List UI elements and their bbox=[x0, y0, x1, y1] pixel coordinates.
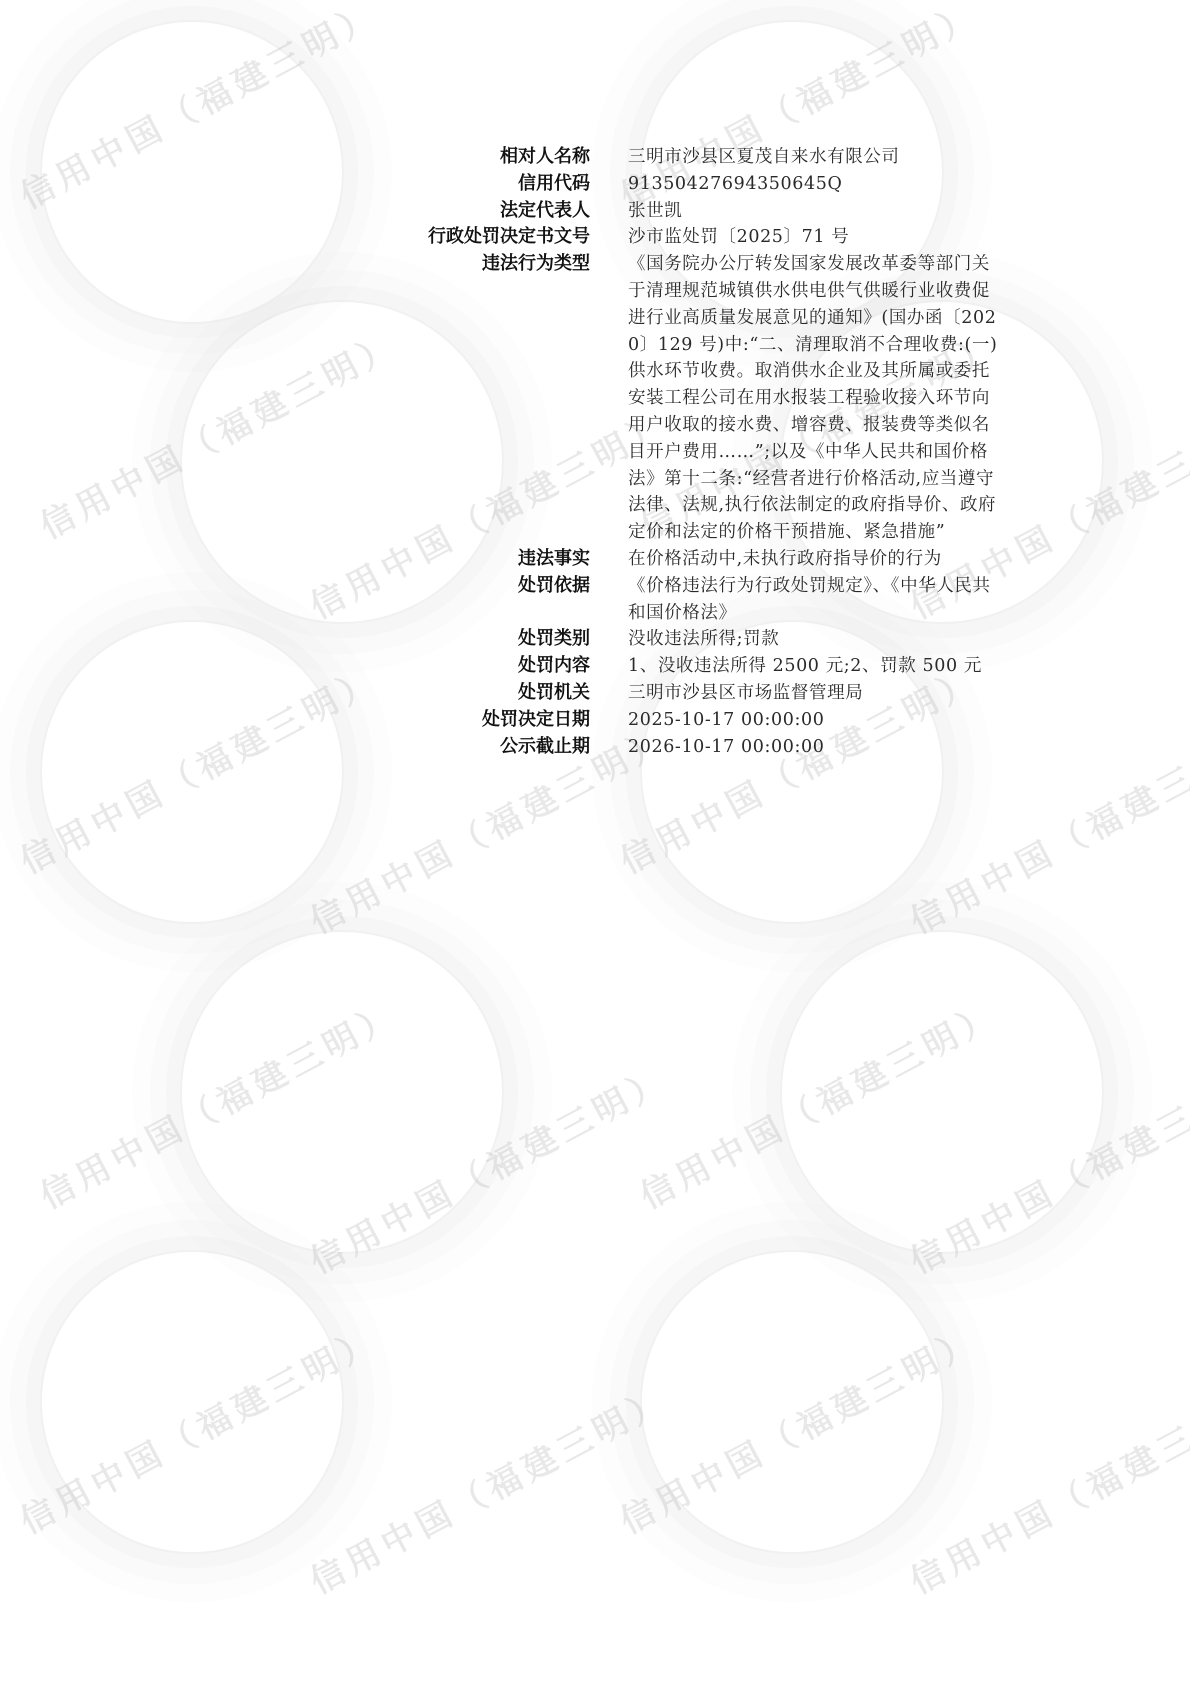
field-party-name: 相对人名称 三明市沙县区夏茂自来水有限公司 bbox=[370, 144, 1010, 171]
field-decision-date: 处罚决定日期 2025-10-17 00:00:00 bbox=[370, 707, 1010, 734]
watermark-text: 信用中国（福建三明） bbox=[630, 987, 1006, 1218]
field-credit-code: 信用代码 91350427694350645Q bbox=[370, 171, 1010, 198]
field-label: 信用代码 bbox=[370, 171, 590, 198]
field-value: 在价格活动中,未执行政府指导价的行为 bbox=[628, 546, 998, 573]
field-label: 处罚依据 bbox=[370, 573, 590, 600]
field-value: 三明市沙县区夏茂自来水有限公司 bbox=[628, 144, 998, 171]
field-label: 处罚机关 bbox=[370, 680, 590, 707]
watermark-text: 信用中国（福建三明） bbox=[10, 652, 386, 883]
field-value: 三明市沙县区市场监督管理局 bbox=[628, 680, 998, 707]
field-value: 2025-10-17 00:00:00 bbox=[628, 707, 998, 734]
watermark-text: 信用中国（福建三明） bbox=[900, 1372, 1190, 1603]
watermark-text: 信用中国（福建三明） bbox=[10, 1312, 386, 1543]
field-label: 处罚内容 bbox=[370, 653, 590, 680]
penalty-record: 相对人名称 三明市沙县区夏茂自来水有限公司 信用代码 9135042769435… bbox=[370, 144, 1010, 760]
field-label: 行政处罚决定书文号 bbox=[370, 224, 590, 251]
field-penalty-category: 处罚类别 没收违法所得;罚款 bbox=[370, 626, 1010, 653]
field-label: 违法行为类型 bbox=[370, 251, 590, 278]
field-label: 处罚类别 bbox=[370, 626, 590, 653]
guilloche-pattern bbox=[640, 1250, 944, 1554]
field-legal-representative: 法定代表人 张世凯 bbox=[370, 198, 1010, 225]
guilloche-pattern bbox=[40, 1250, 344, 1554]
watermark-text: 信用中国（福建三明） bbox=[30, 317, 406, 548]
field-violation-type: 违法行为类型 《国务院办公厅转发国家发展改革委等部门关于清理规范城镇供水供电供气… bbox=[370, 251, 1010, 546]
field-value: 没收违法所得;罚款 bbox=[628, 626, 998, 653]
field-label: 处罚决定日期 bbox=[370, 707, 590, 734]
field-label: 相对人名称 bbox=[370, 144, 590, 171]
field-publicity-deadline: 公示截止期 2026-10-17 00:00:00 bbox=[370, 734, 1010, 761]
guilloche-pattern bbox=[40, 620, 344, 924]
field-label: 法定代表人 bbox=[370, 198, 590, 225]
field-violation-facts: 违法事实 在价格活动中,未执行政府指导价的行为 bbox=[370, 546, 1010, 573]
watermark-text: 信用中国（福建三明） bbox=[10, 0, 386, 218]
field-value: 沙市监处罚〔2025〕71 号 bbox=[628, 224, 998, 251]
watermark-text: 信用中国（福建三明） bbox=[30, 987, 406, 1218]
field-value: 《价格违法行为行政处罚规定》、《中华人民共和国价格法》 bbox=[628, 573, 998, 627]
guilloche-pattern bbox=[40, 20, 344, 324]
field-value: 1、没收违法所得 2500 元;2、罚款 500 元 bbox=[628, 653, 998, 680]
field-penalty-basis: 处罚依据 《价格违法行为行政处罚规定》、《中华人民共和国价格法》 bbox=[370, 573, 1010, 627]
field-label: 公示截止期 bbox=[370, 734, 590, 761]
field-decision-number: 行政处罚决定书文号 沙市监处罚〔2025〕71 号 bbox=[370, 224, 1010, 251]
field-penalty-authority: 处罚机关 三明市沙县区市场监督管理局 bbox=[370, 680, 1010, 707]
guilloche-pattern bbox=[780, 930, 1104, 1254]
field-value: 张世凯 bbox=[628, 198, 998, 225]
watermark-text: 信用中国（福建三明） bbox=[300, 1372, 676, 1603]
field-value: 91350427694350645Q bbox=[628, 171, 998, 198]
field-label: 违法事实 bbox=[370, 546, 590, 573]
field-value: 2026-10-17 00:00:00 bbox=[628, 734, 998, 761]
watermark-text: 信用中国（福建三明） bbox=[610, 1312, 986, 1543]
field-penalty-content: 处罚内容 1、没收违法所得 2500 元;2、罚款 500 元 bbox=[370, 653, 1010, 680]
field-value: 《国务院办公厅转发国家发展改革委等部门关于清理规范城镇供水供电供气供暖行业收费促… bbox=[628, 251, 998, 546]
watermark-text: 信用中国（福建三明） bbox=[300, 1052, 676, 1283]
watermark-text: 信用中国（福建三明） bbox=[900, 1052, 1190, 1283]
guilloche-pattern bbox=[180, 930, 504, 1254]
